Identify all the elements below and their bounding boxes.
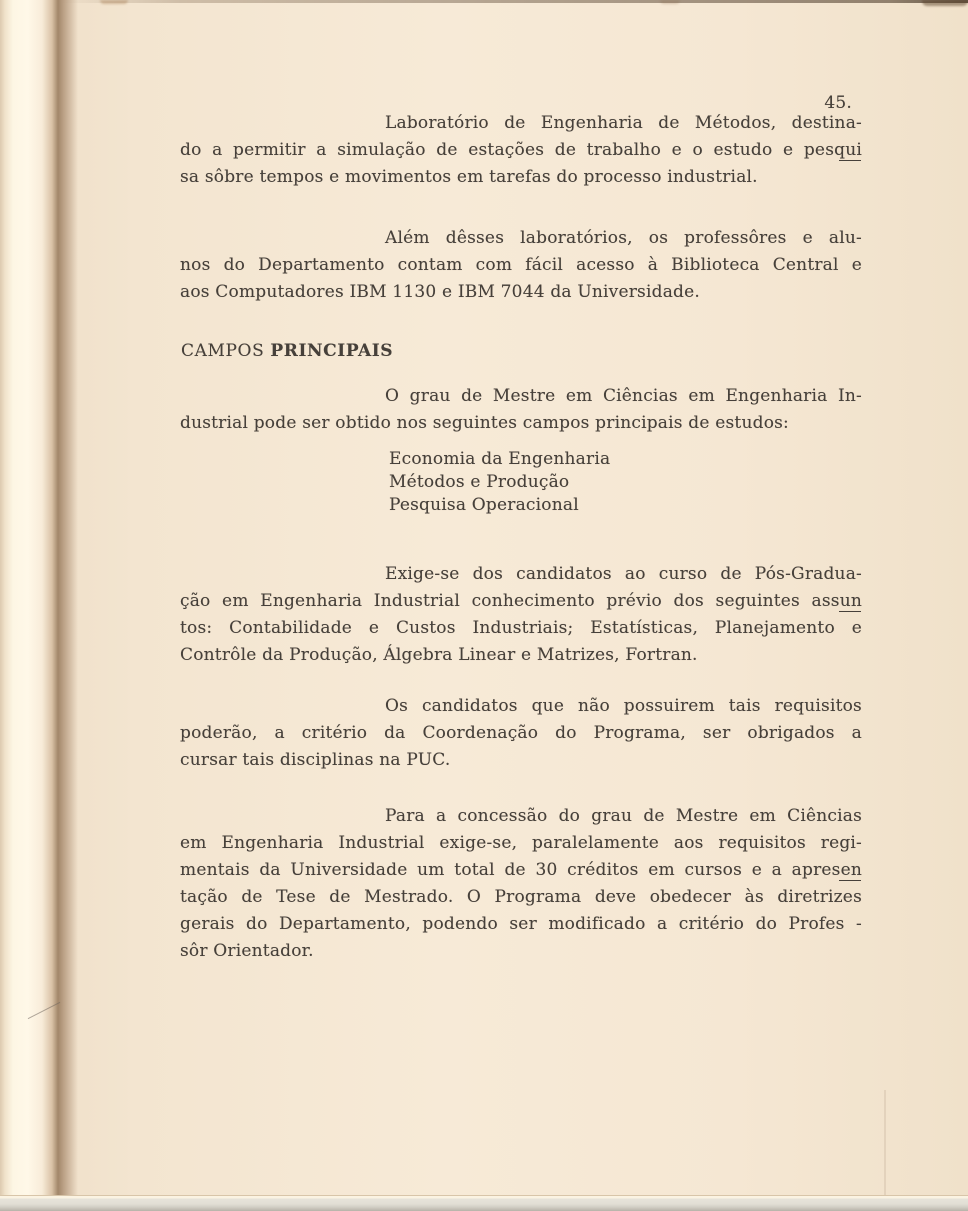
text-line: tação de Tese de Mestrado. O Programa de… (180, 884, 862, 911)
stain-top-right (922, 0, 968, 6)
continuation-underline (839, 160, 861, 161)
text-line: Contrôle da Produção, Álgebra Linear e M… (180, 642, 862, 669)
text-line: cursar tais disciplinas na PUC. (180, 747, 862, 774)
list-item: Pesquisa Operacional (389, 494, 610, 517)
text-line: ção em Engenharia Industrial conheciment… (180, 588, 862, 615)
paragraph-concessao-grau: Para a concessão do grau de Mestre em Ci… (180, 803, 862, 965)
text-line: gerais do Departamento, podendo ser modi… (180, 911, 862, 938)
text-line: em Engenharia Industrial exige-se, paral… (180, 830, 862, 857)
paragraph-laboratorios-acesso: Além dêsses laboratórios, os professôres… (180, 225, 862, 306)
text-line: sôr Orientador. (180, 938, 862, 965)
stain-top-middle (660, 0, 680, 4)
text-line: tos: Contabilidade e Custos Industriais;… (180, 615, 862, 642)
stain-top-left (100, 0, 128, 4)
paragraph-exigencias: Exige-se dos candidatos ao curso de Pós-… (180, 561, 862, 669)
scan-bottom-edge (0, 1195, 968, 1211)
list-item: Métodos e Produção (389, 471, 610, 494)
section-heading-campos-principais: CAMPOS PRINCIPAIS (181, 338, 393, 365)
text-line: do a permitir a simulação de estações de… (180, 137, 862, 164)
paragraph-candidatos-requisitos: Os candidatos que não possuirem tais req… (180, 693, 862, 774)
paragraph-grau-mestre: O grau de Mestre em Ciências em Engenhar… (180, 383, 862, 437)
page-curl-crease (884, 1090, 886, 1195)
text-line: Laboratório de Engenharia de Métodos, de… (180, 110, 862, 137)
continuation-underline (839, 880, 861, 881)
book-binding-edge (0, 0, 78, 1211)
study-fields-list: Economia da Engenharia Métodos e Produçã… (389, 448, 610, 517)
paragraph-laboratorio: Laboratório de Engenharia de Métodos, de… (180, 110, 862, 191)
text-line: Para a concessão do grau de Mestre em Ci… (180, 803, 862, 830)
text-line: nos do Departamento contam com fácil ace… (180, 252, 862, 279)
scan-top-edge (0, 0, 968, 3)
text-line: aos Computadores IBM 1130 e IBM 7044 da … (180, 279, 862, 306)
continuation-underline (839, 611, 861, 612)
scanned-document-page: 45. Laboratório de Engenharia de Métodos… (0, 0, 968, 1211)
text-line: Além dêsses laboratórios, os professôres… (180, 225, 862, 252)
text-line: poderão, a critério da Coordenação do Pr… (180, 720, 862, 747)
text-line: Exige-se dos candidatos ao curso de Pós-… (180, 561, 862, 588)
text-line: mentais da Universidade um total de 30 c… (180, 857, 862, 884)
list-item: Economia da Engenharia (389, 448, 610, 471)
text-line: sa sôbre tempos e movimentos em tarefas … (180, 164, 862, 191)
text-line: Os candidatos que não possuirem tais req… (180, 693, 862, 720)
text-line: dustrial pode ser obtido nos seguintes c… (180, 410, 862, 437)
text-line: O grau de Mestre em Ciências em Engenhar… (180, 383, 862, 410)
